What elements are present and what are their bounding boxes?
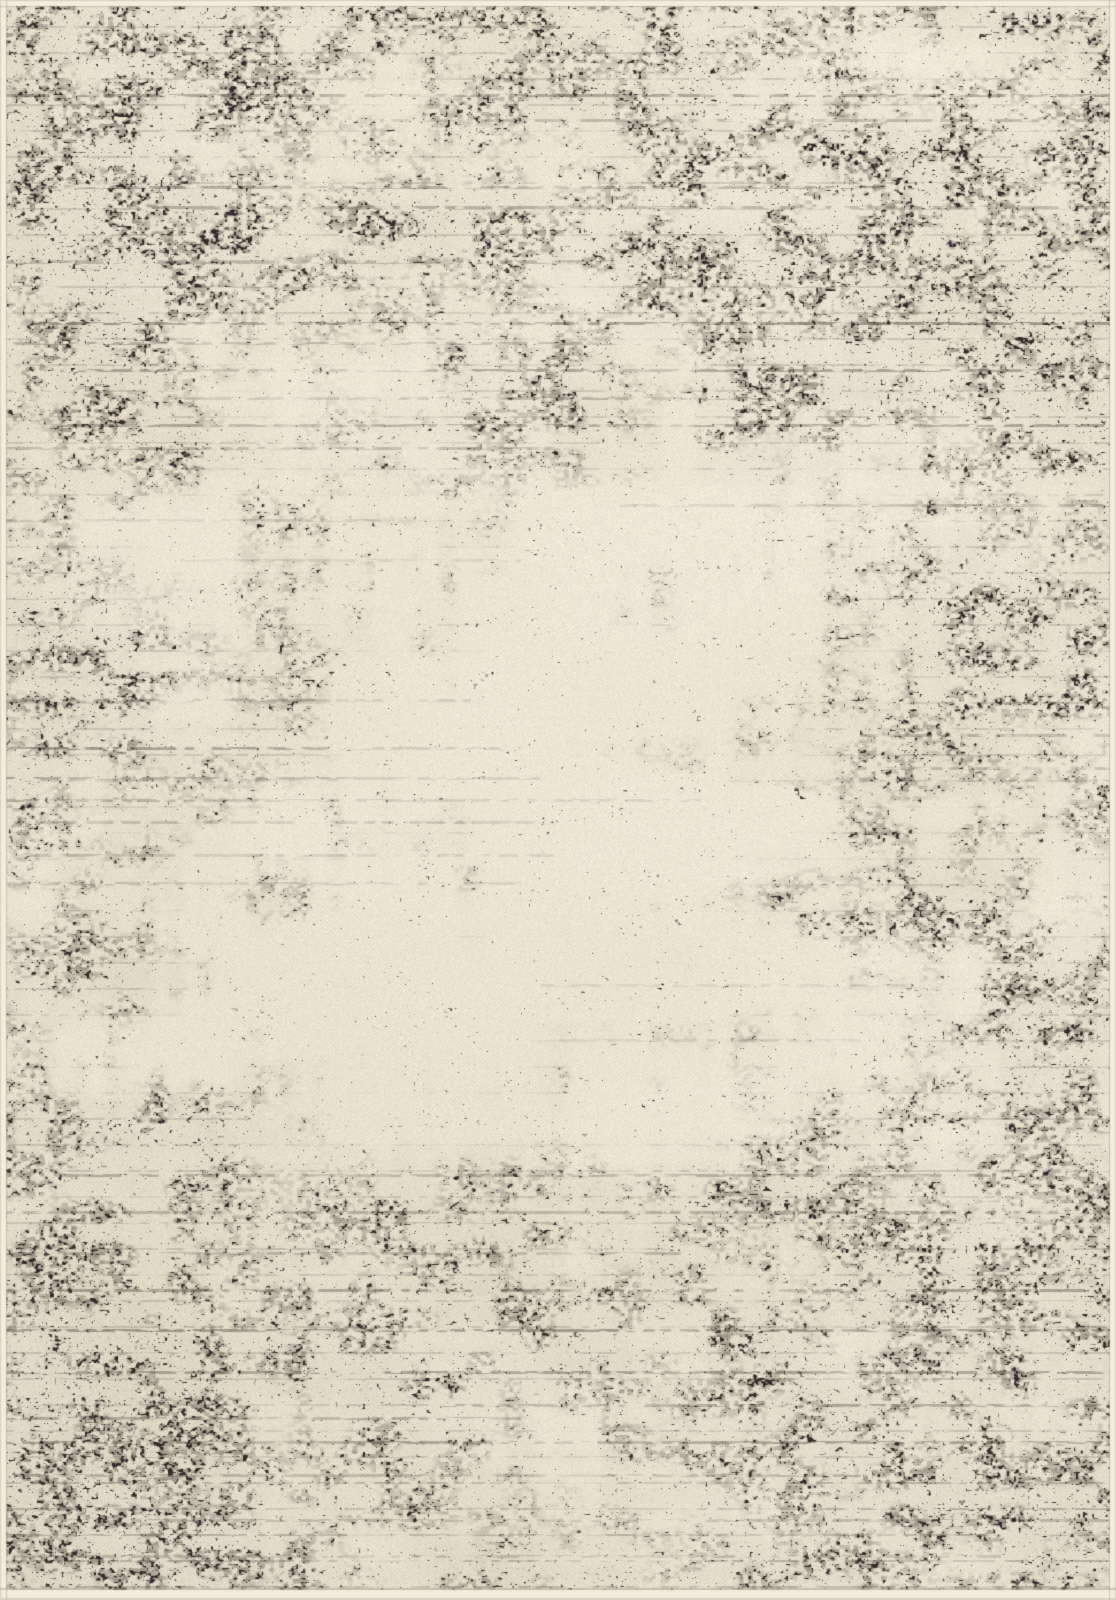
rug-photo-canvas [0,0,1116,1600]
rug-product-photo: Flat overhead product photo of a distres… [0,0,1116,1600]
